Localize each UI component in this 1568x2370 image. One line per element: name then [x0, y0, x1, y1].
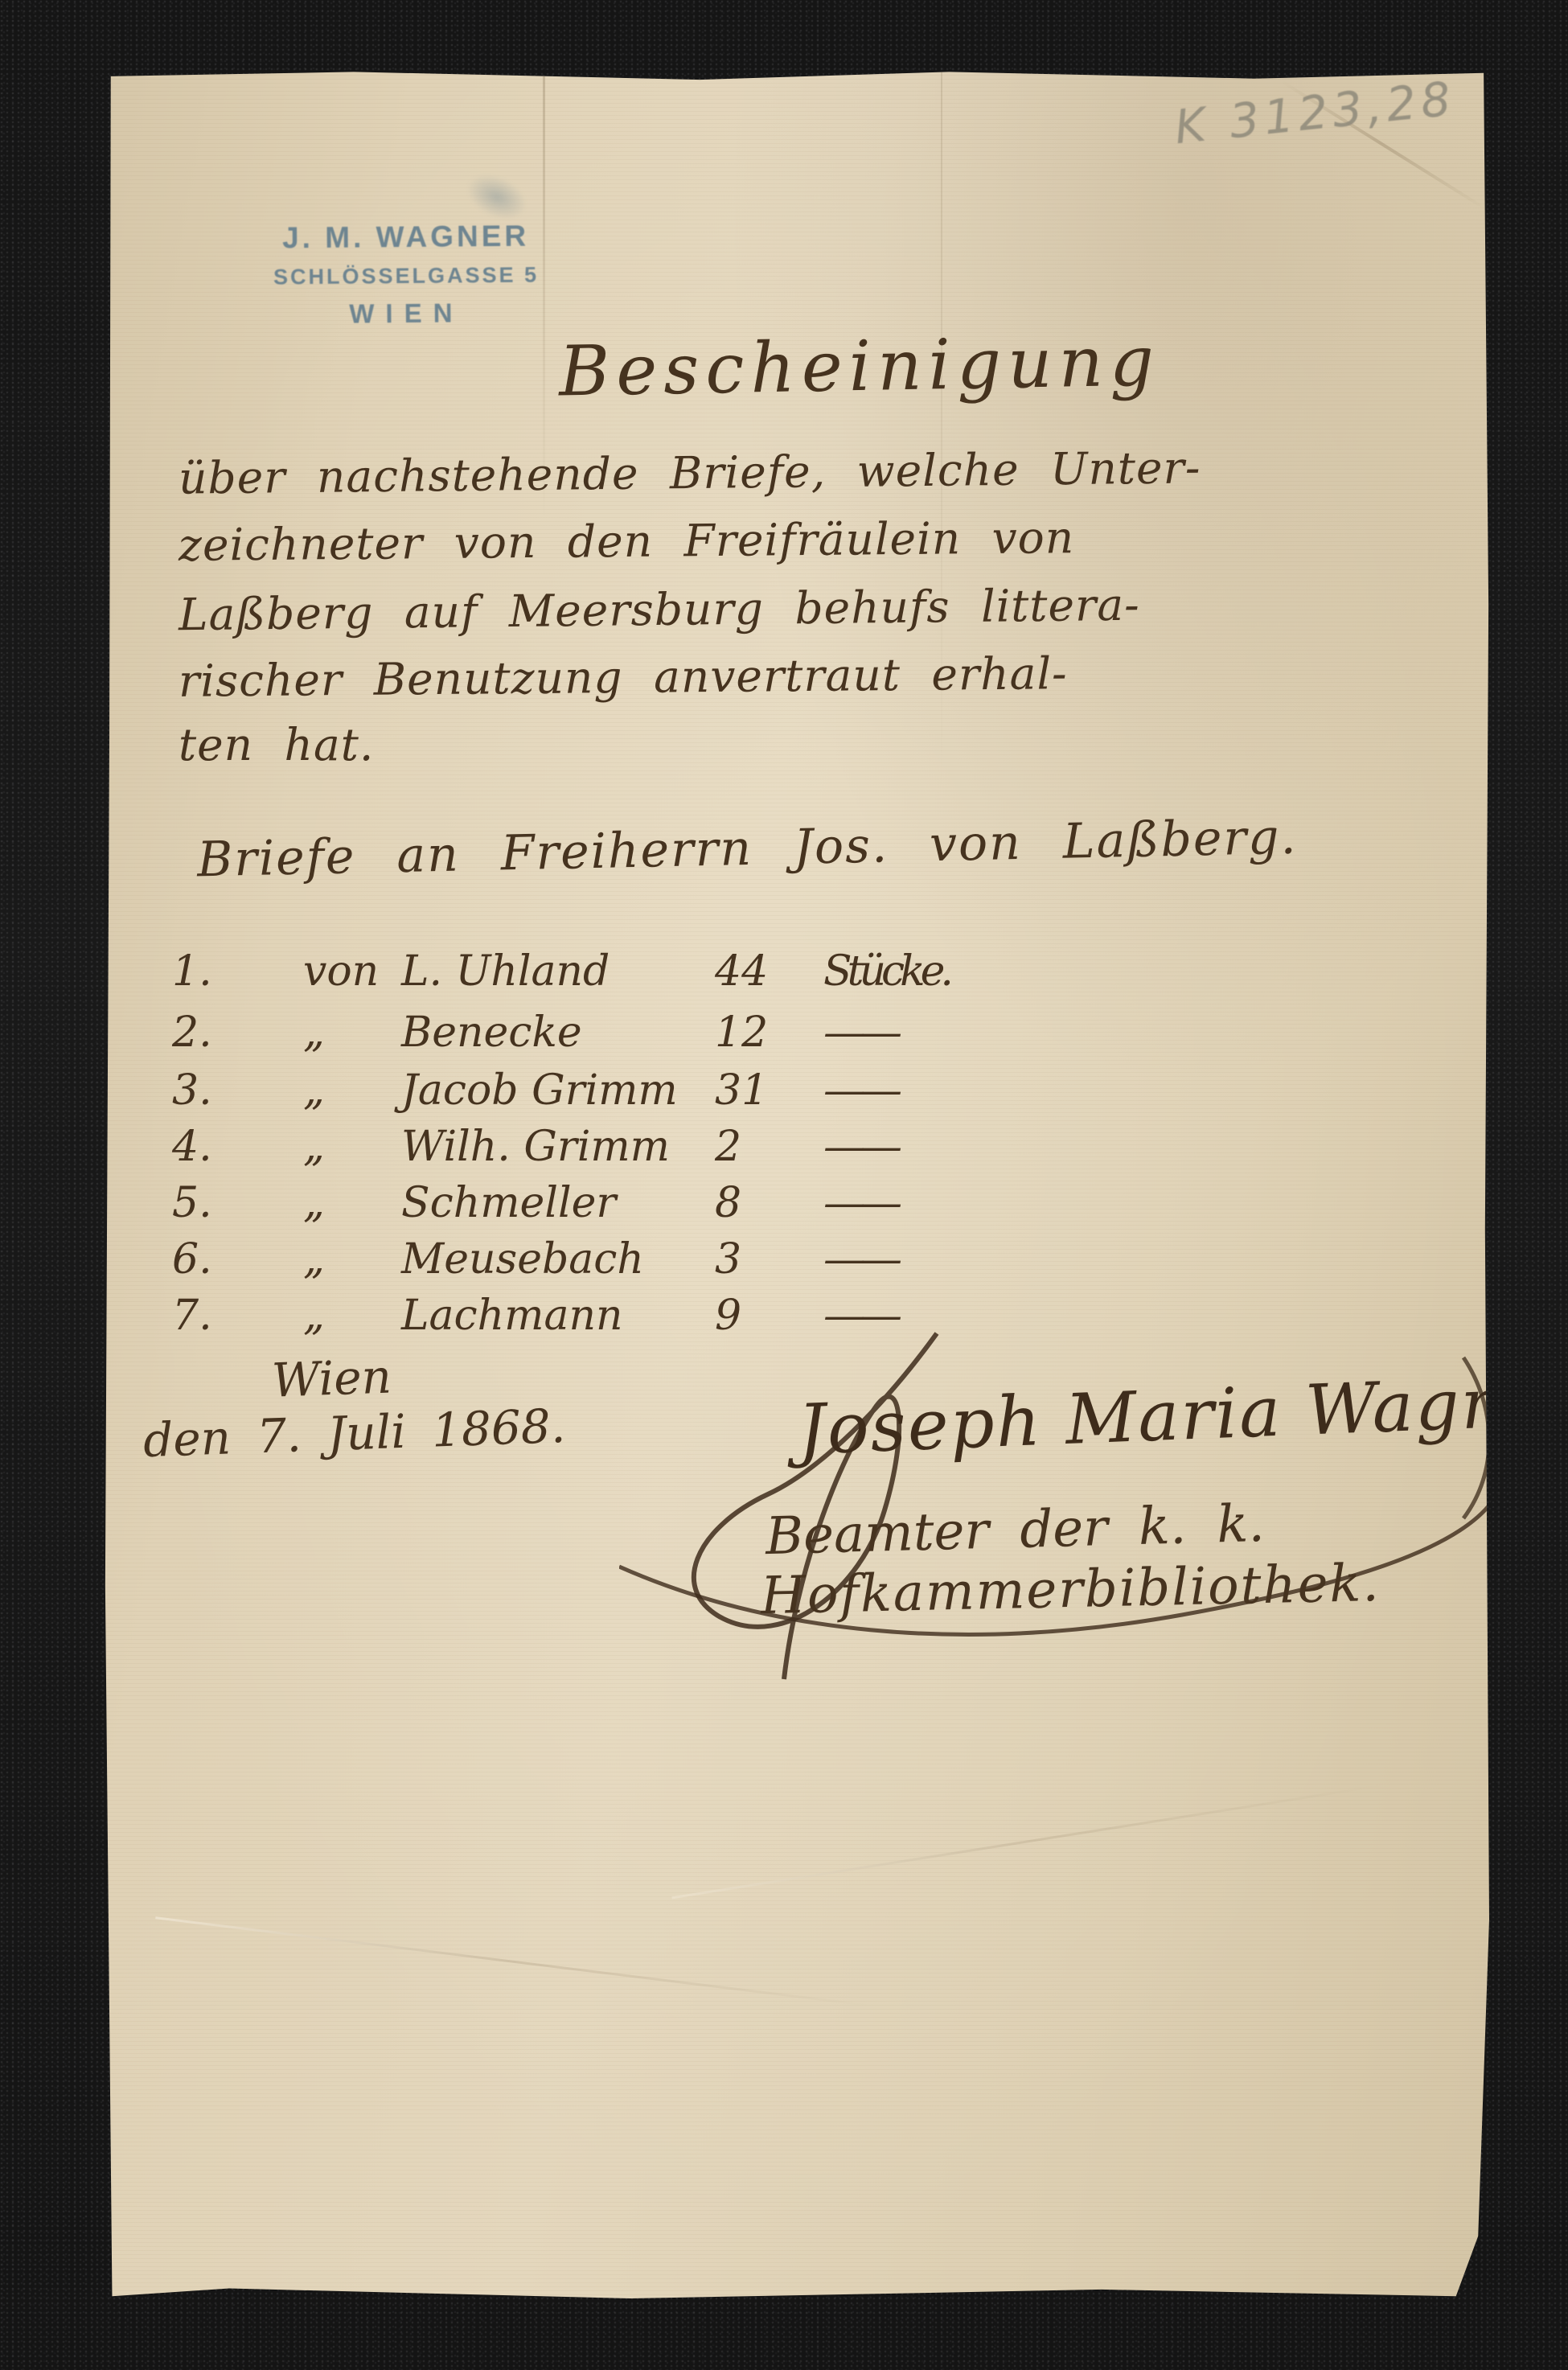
ditto-mark: „ — [297, 1066, 401, 1115]
row-count: 44 — [715, 947, 823, 996]
row-number: 3. — [172, 1066, 297, 1115]
signer-role-line: Hofkammerbibliothek. — [760, 1554, 1381, 1626]
row-dash: —— — [823, 1066, 1217, 1115]
row-number: 1. — [172, 947, 297, 996]
document-title: Bescheinigung — [558, 321, 1161, 412]
sender-stamp: J. M. WAGNER SCHLÖSSELGASSE 5 WIEN — [244, 219, 567, 330]
body-line: Laßberg auf Meersburg behufs littera- — [179, 579, 1140, 641]
row-correspondent: Jacob Grimm — [401, 1066, 715, 1115]
paper-crease — [155, 1916, 874, 2007]
row-number: 4. — [172, 1123, 297, 1171]
ditto-mark: „ — [297, 1123, 401, 1171]
ditto-mark: „ — [297, 1292, 401, 1340]
row-number: 5. — [172, 1179, 297, 1227]
row-count: 2 — [715, 1123, 823, 1171]
letter-list-row: 3. „ Jacob Grimm 31 —— — [172, 1066, 1217, 1115]
row-correspondent: Schmeller — [401, 1179, 715, 1227]
row-correspondent: Wilh. Grimm — [401, 1123, 715, 1171]
row-from: von — [297, 947, 401, 996]
ditto-mark: „ — [297, 1179, 401, 1227]
row-dash: —— — [823, 1235, 1217, 1284]
row-count: 12 — [715, 1008, 823, 1057]
letter-list-row: 1. von L. Uhland 44 Stücke. — [172, 947, 1217, 996]
row-count: 8 — [715, 1179, 823, 1227]
letter-list-row: 7. „ Lachmann 9 —— — [172, 1292, 1217, 1340]
row-correspondent: Lachmann — [401, 1292, 715, 1340]
row-unit: Stücke. — [823, 947, 1217, 996]
row-number: 2. — [172, 1008, 297, 1057]
letter-list-row: 4. „ Wilh. Grimm 2 —— — [172, 1123, 1217, 1171]
list-heading: Briefe an Freiherrn Jos. von Laßberg. — [196, 809, 1298, 889]
row-dash: —— — [823, 1123, 1217, 1171]
letter-list-row: 2. „ Benecke 12 —— — [172, 1008, 1217, 1057]
body-line: über nachstehende Briefe, welche Unter- — [179, 442, 1201, 503]
row-count: 31 — [715, 1066, 823, 1115]
signature-name: Joseph Maria Wagner — [796, 1360, 1568, 1470]
stamp-street: SCHLÖSSELGASSE 5 — [245, 262, 567, 290]
row-number: 7. — [172, 1292, 297, 1340]
signer-role-line: Beamter der k. k. — [765, 1494, 1265, 1567]
row-count: 3 — [715, 1235, 823, 1284]
date-line: den 7. Juli 1868. — [142, 1399, 566, 1468]
ditto-mark: „ — [297, 1008, 401, 1057]
stamp-city: WIEN — [245, 297, 567, 330]
document-sheet: K 3123,28 J. M. WAGNER SCHLÖSSELGASSE 5 … — [105, 71, 1489, 2298]
row-correspondent: Benecke — [401, 1008, 715, 1057]
row-number: 6. — [172, 1235, 297, 1284]
letter-list-row: 5. „ Schmeller 8 —— — [172, 1179, 1217, 1227]
row-dash: —— — [823, 1008, 1217, 1057]
row-count: 9 — [715, 1292, 823, 1340]
row-dash: —— — [823, 1179, 1217, 1227]
body-line: rischer Benutzung anvertraut erhal- — [179, 647, 1068, 707]
place-line: Wien — [271, 1349, 392, 1407]
row-correspondent: L. Uhland — [401, 947, 715, 996]
row-dash: —— — [823, 1292, 1217, 1340]
stamp-name: J. M. WAGNER — [244, 219, 566, 255]
body-line: ten hat. — [179, 719, 374, 770]
ditto-mark: „ — [297, 1235, 401, 1284]
paper-crease — [671, 1784, 1386, 1900]
body-line: zeichneter von den Freifräulein von — [179, 511, 1075, 571]
row-correspondent: Meusebach — [401, 1235, 715, 1284]
letter-list-row: 6. „ Meusebach 3 —— — [172, 1235, 1217, 1284]
